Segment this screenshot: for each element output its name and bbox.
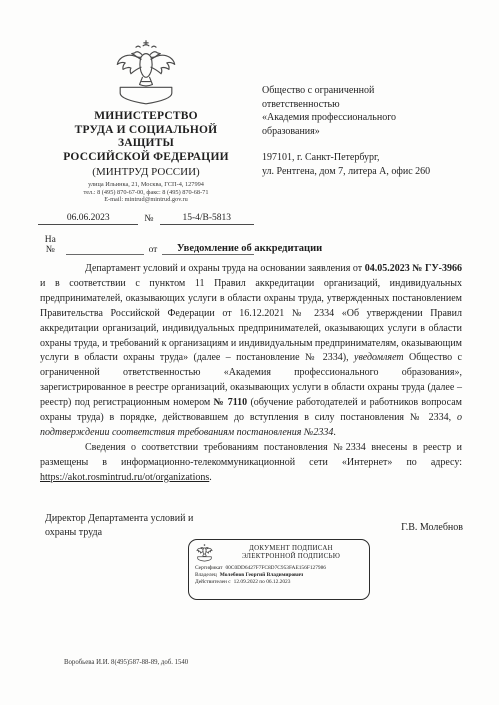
stamp-coat-of-arms-icon — [195, 544, 214, 562]
number-sign: № — [144, 214, 153, 225]
signer-position: Директор Департамента условий и охраны т… — [45, 512, 193, 540]
letter-date: 06.06.2023 — [38, 213, 138, 225]
recipient-name: Общество с ограниченной ответственностью… — [262, 84, 474, 138]
text-segment: № 7110 — [214, 397, 248, 408]
text-segment: уведомляет — [354, 352, 404, 363]
text-segment: . — [333, 427, 336, 438]
scanned-letter-page: МИНИСТЕРСТВО ТРУДА И СОЦИАЛЬНОЙ ЗАЩИТЫ Р… — [0, 0, 499, 705]
recipient-address: 197101, г. Санкт-Петербург, ул. Рентгена… — [262, 151, 474, 178]
ministry-contacts: улица Ильинка, 21, Москва, ГСП-4, 127994… — [38, 181, 254, 204]
russia-coat-of-arms-icon — [110, 40, 182, 106]
ministry-name: МИНИСТЕРСТВО ТРУДА И СОЦИАЛЬНОЙ ЗАЩИТЫ Р… — [38, 110, 254, 164]
ministry-phone: тел.: 8 (495) 870-67-00, факс: 8 (495) 8… — [38, 189, 254, 197]
signer-name: Г.В. Молебнов — [401, 521, 463, 540]
certificate-label: Сертификат — [195, 565, 222, 572]
body-paragraph-2: Сведения о соответствии требованиям пост… — [40, 441, 462, 486]
executor-contact: Воробьева И.И. 8(495)587-88-89, доб. 154… — [64, 659, 188, 666]
text-segment: Сведения о соответствии требованиям пост… — [40, 442, 462, 468]
recipient-block: Общество с ограниченной ответственностью… — [262, 84, 474, 178]
text-segment: . — [209, 472, 212, 483]
validity-value: 12.09.2022 по 06.12.2023 — [234, 579, 291, 586]
body-paragraph-1: Департамент условий и охраны труда на ос… — [40, 262, 462, 441]
text-segment: Департамент условий и охраны труда на ос… — [85, 263, 365, 274]
registry-url-link[interactable]: https://akot.rosmintrud.ru/ot/organizati… — [40, 472, 209, 483]
outgoing-ref-row: 06.06.2023 № 15-4/В-5813 — [38, 213, 254, 225]
ministry-email: E-mail: mintrud@mintrud.gov.ru — [38, 196, 254, 204]
text-segment: 04.05.2023 № ГУ-3966 — [365, 263, 462, 274]
e-signature-stamp: ДОКУМЕНТ ПОДПИСАН ЭЛЕКТРОННОЙ ПОДПИСЬЮ С… — [188, 539, 370, 600]
text-segment: и в соответствии с пунктом 11 Правил акк… — [40, 278, 462, 364]
signature-row: Директор Департамента условий и охраны т… — [45, 512, 463, 540]
letter-number: 15-4/В-5813 — [160, 213, 255, 225]
ministry-address: улица Ильинка, 21, Москва, ГСП-4, 127994 — [38, 181, 254, 189]
stamp-title: ДОКУМЕНТ ПОДПИСАН ЭЛЕКТРОННОЙ ПОДПИСЬЮ — [219, 545, 363, 561]
letter-body: Департамент условий и охраны труда на ос… — [40, 262, 462, 486]
sender-letterhead: МИНИСТЕРСТВО ТРУДА И СОЦИАЛЬНОЙ ЗАЩИТЫ Р… — [38, 40, 254, 255]
validity-label: Действителен с — [195, 579, 231, 586]
ministry-short-name: (МИНТРУД РОССИИ) — [38, 165, 254, 179]
stamp-validity-line: Действителен с 12.09.2022 по 06.12.2023 — [195, 579, 363, 586]
document-title: Уведомление об аккредитации — [0, 243, 499, 254]
stamp-header: ДОКУМЕНТ ПОДПИСАН ЭЛЕКТРОННОЙ ПОДПИСЬЮ — [195, 544, 363, 562]
stamp-details: Сертификат 00C0DD6427F7FC8D7C953FAE156F1… — [195, 565, 363, 587]
owner-value: Молебнов Георгий Владимирович — [220, 572, 303, 579]
